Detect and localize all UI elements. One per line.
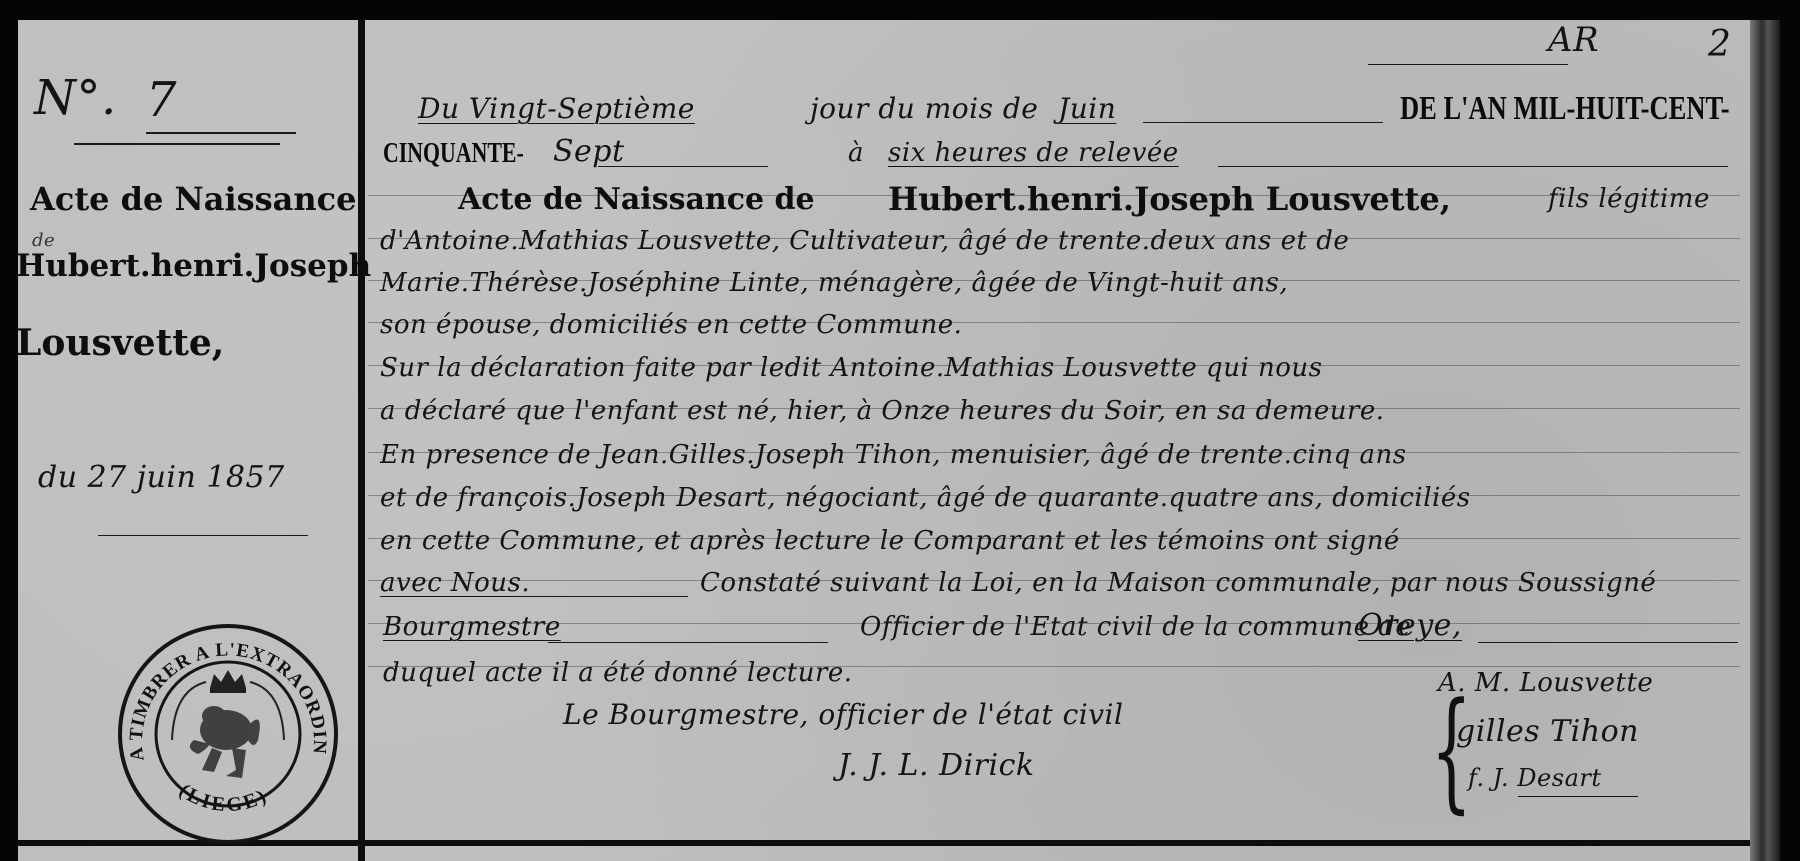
crown-icon <box>210 670 246 693</box>
handwritten-time: six heures de relevée <box>888 138 1179 168</box>
printed-officier: Officier de l'Etat civil de la commune d… <box>860 612 1411 642</box>
printed-constate: Constaté suivant la Loi, en la Maison co… <box>700 568 1656 598</box>
signature-witness-desart: f. J. Desart <box>1468 764 1602 792</box>
commune-name: Oreye, <box>1358 608 1462 643</box>
number-underline <box>146 132 296 134</box>
tax-stamp: A TIMBRER A L'EXTRAORDINAIRE (LIEGE) <box>114 620 342 848</box>
body-line-witness-1: En presence de Jean.Gilles.Joseph Tihon,… <box>380 440 1407 470</box>
entry-number-label: N°. <box>34 70 117 126</box>
margin-title: Acte de Naissance <box>30 180 356 218</box>
fill-line <box>598 166 768 167</box>
page-mark-number: 2 <box>1708 24 1731 65</box>
page-mark-flourish <box>1368 64 1568 65</box>
svg-text:(LIEGE): (LIEGE) <box>175 780 272 817</box>
printed-de-lan: DE L'AN MIL-HUIT-CENT- <box>1400 90 1730 128</box>
margin-child-surname: Lousvette, <box>16 322 224 364</box>
signature-witness-tihon: gilles Tihon <box>1456 714 1639 749</box>
body-relation: fils légitime <box>1548 184 1710 214</box>
officer-signature: J. J. L. Dirick <box>838 748 1035 783</box>
margin-column-divider <box>358 20 365 861</box>
body-line-birth: a déclaré que l'enfant est né, hier, à O… <box>380 396 1385 426</box>
handwritten-bourgmestre: Bourgmestre <box>383 612 561 642</box>
handwritten-year: Sept <box>553 134 625 169</box>
fill-line <box>518 596 688 597</box>
signature-flourish <box>1518 796 1638 797</box>
fill-line <box>548 642 828 643</box>
printed-a: à <box>848 138 864 168</box>
date-underline <box>98 535 308 536</box>
margin-child-given-names: Hubert.henri.Joseph <box>16 248 371 284</box>
lion-icon <box>190 706 260 778</box>
body-line-father: d'Antoine.Mathias Lousvette, Cultivateur… <box>380 226 1349 256</box>
page-mark-initials: AR <box>1548 20 1599 60</box>
handwritten-avec-nous: avec Nous. <box>380 568 530 598</box>
body-line-witness-2: et de françois.Joseph Desart, négociant,… <box>380 483 1471 513</box>
fill-line <box>1143 122 1383 123</box>
body-line-residence: son épouse, domiciliés en cette Commune. <box>380 310 962 340</box>
handwritten-month: Juin <box>1058 92 1116 125</box>
register-page: N°. 7 Acte de Naissance de Hubert.henri.… <box>18 20 1780 861</box>
signature-brace: { <box>1431 685 1472 815</box>
body-title: Acte de Naissance de <box>458 182 815 217</box>
fill-line <box>1218 166 1728 167</box>
stamp-bottom-text: (LIEGE) <box>175 780 272 817</box>
printed-cinquante: CINQUANTE- <box>383 138 524 170</box>
printed-jour-du-mois: jour du mois de <box>810 92 1038 125</box>
body-line-signing: en cette Commune, et après lecture le Co… <box>380 526 1400 556</box>
officer-title: Le Bourgmestre, officier de l'état civil <box>563 698 1123 731</box>
body-child-name: Hubert.henri.Joseph Lousvette, <box>888 180 1451 218</box>
body-line-mother: Marie.Thérèse.Joséphine Linte, ménagère,… <box>380 268 1288 298</box>
body-line-declaration: Sur la déclaration faite par ledit Antoi… <box>380 353 1323 383</box>
number-underline <box>74 143 280 145</box>
page-binding-edge <box>1750 20 1780 861</box>
signature-father: A. M. Lousvette <box>1438 668 1653 698</box>
margin-date: du 27 juin 1857 <box>38 460 285 495</box>
body-line-lecture: duquel acte il a été donné lecture. <box>383 658 853 688</box>
fill-line <box>1478 642 1738 643</box>
handwritten-day: Du Vingt-Septième <box>418 92 695 125</box>
entry-number-value: 7 <box>146 72 177 128</box>
